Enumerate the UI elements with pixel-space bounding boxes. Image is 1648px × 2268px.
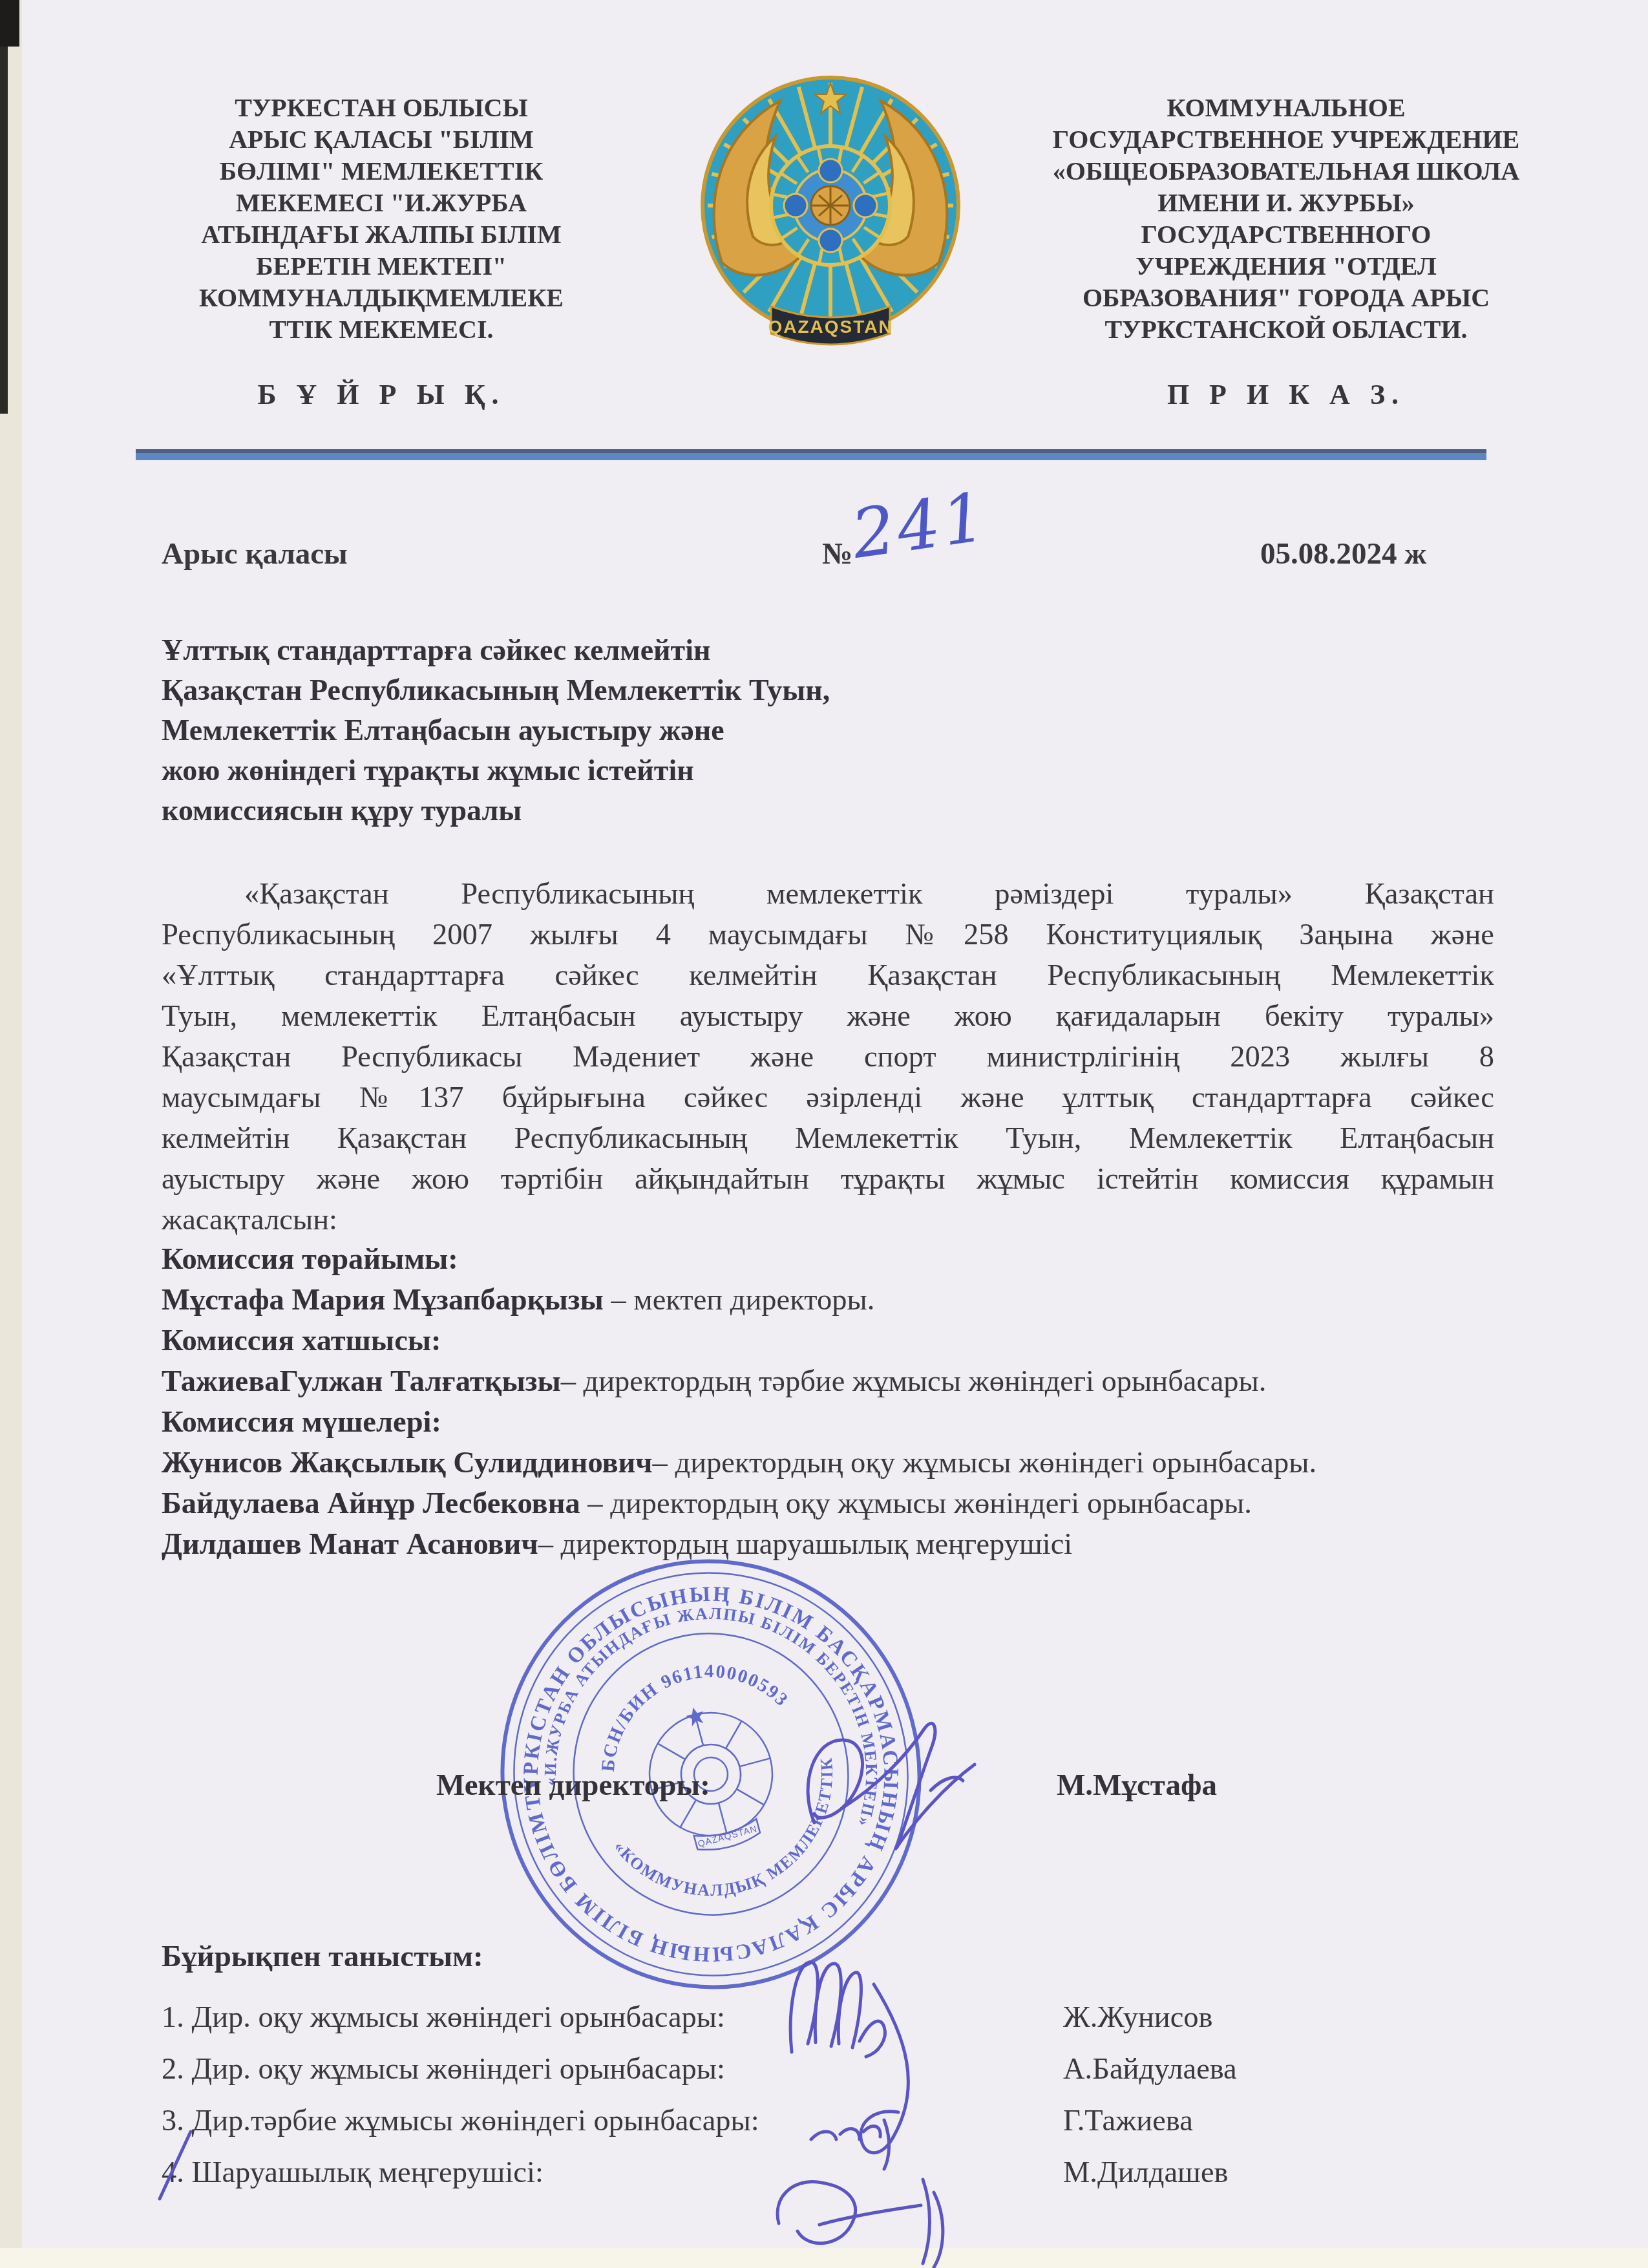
ack-row-role: Шаруашылық меңгерушісі: — [192, 2156, 544, 2189]
letterhead-left: ТУРКЕСТАН ОБЛЫСЫ АРЫС ҚАЛАСЫ "БІЛІМ БӨЛІ… — [187, 92, 575, 345]
commission-line: Жунисов Жақсылық Сулиддинович– директорд… — [162, 1443, 1494, 1483]
letterhead-right-line: ГОСУДАРСТВЕННОГО — [998, 218, 1574, 250]
body-line: келмейтін Қазақстан Республикасының Мемл… — [162, 1118, 1494, 1159]
letterhead-left-line: ТТІК МЕКЕМЕСІ. — [187, 313, 575, 345]
body-line: Туын, мемлекеттік Елтаңбасын ауыстыру жә… — [162, 996, 1494, 1037]
order-title-line: Қазақстан Республикасының Мемлекеттік Ту… — [162, 670, 1079, 710]
scan-left-dark-edge — [0, 0, 8, 414]
body-line: ауыстыру және жою тәртібін айқындайтын т… — [162, 1159, 1494, 1200]
ack-row-name: Г.Тажиева — [1063, 2104, 1193, 2138]
letterhead-right-line: ОБРАЗОВАНИЯ" ГОРОДА АРЫС — [998, 282, 1574, 313]
emblem-banner-text: QAZAQSTAN — [768, 317, 893, 337]
letterhead-right-line: КОММУНАЛЬНОЕ — [998, 92, 1574, 123]
order-title-line: Ұлттық стандарттарға сәйкес келмейтін — [162, 630, 1079, 670]
body-line: «Ұлттық стандарттарға сәйкес келмейтін Қ… — [162, 955, 1494, 996]
letterhead-right-line: УЧРЕЖДЕНИЯ "ОТДЕЛ — [998, 250, 1574, 282]
commission-line: Байдулаева Айнұр Лесбековна – директорды… — [162, 1483, 1494, 1524]
ack-row-role: Дир. оқу жұмысы жөніндегі орынбасары: — [192, 2053, 726, 2086]
document-number-handwritten: 241 — [847, 477, 993, 574]
header-divider-line — [136, 449, 1486, 460]
ack-row-name: Ж.Жунисов — [1063, 2000, 1213, 2035]
commission-line: Мұстафа Мария Мұзапбарқызы – мектеп дире… — [162, 1280, 1494, 1320]
document-number-sign: № — [822, 536, 852, 571]
stamp-banner-text: QAZAQSTAN — [697, 1823, 758, 1849]
director-signature — [769, 1655, 989, 1900]
commission-line: Комиссия төрайымы: — [162, 1239, 1494, 1280]
letterhead-left-line: КОММУНАЛДЫҚМЕМЛЕКЕ — [187, 282, 575, 313]
letterhead-left-line: МЕКЕМЕСІ "И.ЖУРБА — [187, 187, 575, 218]
ack-row-number: 1. — [162, 2001, 184, 2034]
scanned-order-document: ТУРКЕСТАН ОБЛЫСЫ АРЫС ҚАЛАСЫ "БІЛІМ БӨЛІ… — [0, 0, 1648, 2268]
order-title: Ұлттық стандарттарға сәйкес келмейтін Қа… — [162, 630, 1079, 831]
acknowledgment-heading: Бұйрықпен таныстым: — [162, 1939, 483, 1974]
ack-row-role: Дир. оқу жұмысы жөніндегі орынбасары: — [192, 2001, 726, 2034]
body-line: Республикасының 2007 жылғы 4 маусымдағы … — [162, 915, 1494, 955]
acknowledgment-signatures — [737, 1945, 1060, 2268]
letterhead-left-line: БӨЛІМІ" МЕМЛЕКЕТТІК — [187, 155, 575, 187]
ack-row-role: Дир.тәрбие жұмысы жөніндегі орынбасары: — [192, 2104, 759, 2137]
letterhead-right: КОММУНАЛЬНОЕ ГОСУДАРСТВЕННОЕ УЧРЕЖДЕНИЕ … — [998, 92, 1574, 345]
body-line: маусымдағы №137 бұйрығына сәйкес әзірлен… — [162, 1077, 1494, 1118]
doc-type-kazakh: Б Ұ Й Р Ы Қ. — [187, 378, 575, 411]
director-signature-label: Мектеп директоры: — [436, 1768, 710, 1803]
director-name: М.Мұстафа — [1057, 1768, 1217, 1803]
commission-line: Комиссия хатшысы: — [162, 1320, 1494, 1361]
body-line: «Қазақстан Республикасының мемлекеттік р… — [162, 874, 1494, 915]
document-date: 05.08.2024 ж — [1260, 536, 1426, 571]
body-line: Қазақстан Республикасы Мәдениет және спо… — [162, 1037, 1494, 1077]
commission-line: ТажиеваГулжан Талғатқызы– директордың тә… — [162, 1361, 1494, 1402]
letterhead-left-line: ТУРКЕСТАН ОБЛЫСЫ — [187, 92, 575, 123]
document-city: Арыс қаласы — [162, 536, 348, 571]
ack-row-name: М.Дилдашев — [1063, 2156, 1228, 2190]
doc-type-russian: П Р И К А З. — [998, 378, 1574, 411]
letterhead-right-line: ИМЕНИ И. ЖУРБЫ» — [998, 187, 1574, 218]
ink-slash-mark — [152, 2126, 197, 2204]
order-title-line: жою жөніндегі тұрақты жұмыс істейтін — [162, 750, 1079, 790]
scan-corner-artifact — [0, 0, 19, 47]
order-title-line: Мемлекеттік Елтаңбасын ауыстыру және — [162, 710, 1079, 750]
commission-list: Комиссия төрайымы: Мұстафа Мария Мұзапба… — [162, 1239, 1494, 1565]
order-title-line: комиссиясын құру туралы — [162, 790, 1079, 831]
ack-row-number: 2. — [162, 2053, 184, 2086]
letterhead-left-line: АТЫНДАҒЫ ЖАЛПЫ БІЛІМ — [187, 218, 575, 250]
body-line: жасақталсын: — [162, 1200, 1494, 1240]
letterhead-left-line: АРЫС ҚАЛАСЫ "БІЛІМ — [187, 123, 575, 155]
kazakhstan-emblem: QAZAQSTAN — [695, 69, 966, 356]
letterhead-right-line: ГОСУДАРСТВЕННОЕ УЧРЕЖДЕНИЕ — [998, 123, 1574, 155]
letterhead-right-line: ТУРКСТАНСКОЙ ОБЛАСТИ. — [998, 313, 1574, 345]
letterhead-left-line: БЕРЕТІН МЕКТЕП" — [187, 250, 575, 282]
commission-line: Комиссия мүшелері: — [162, 1402, 1494, 1443]
order-body: «Қазақстан Республикасының мемлекеттік р… — [162, 874, 1494, 1240]
letterhead-right-line: «ОБЩЕОБРАЗОВАТЕЛЬНАЯ ШКОЛА — [998, 155, 1574, 187]
stamp-star-icon — [684, 1705, 706, 1727]
ack-row-name: А.Байдулаева — [1063, 2052, 1237, 2086]
